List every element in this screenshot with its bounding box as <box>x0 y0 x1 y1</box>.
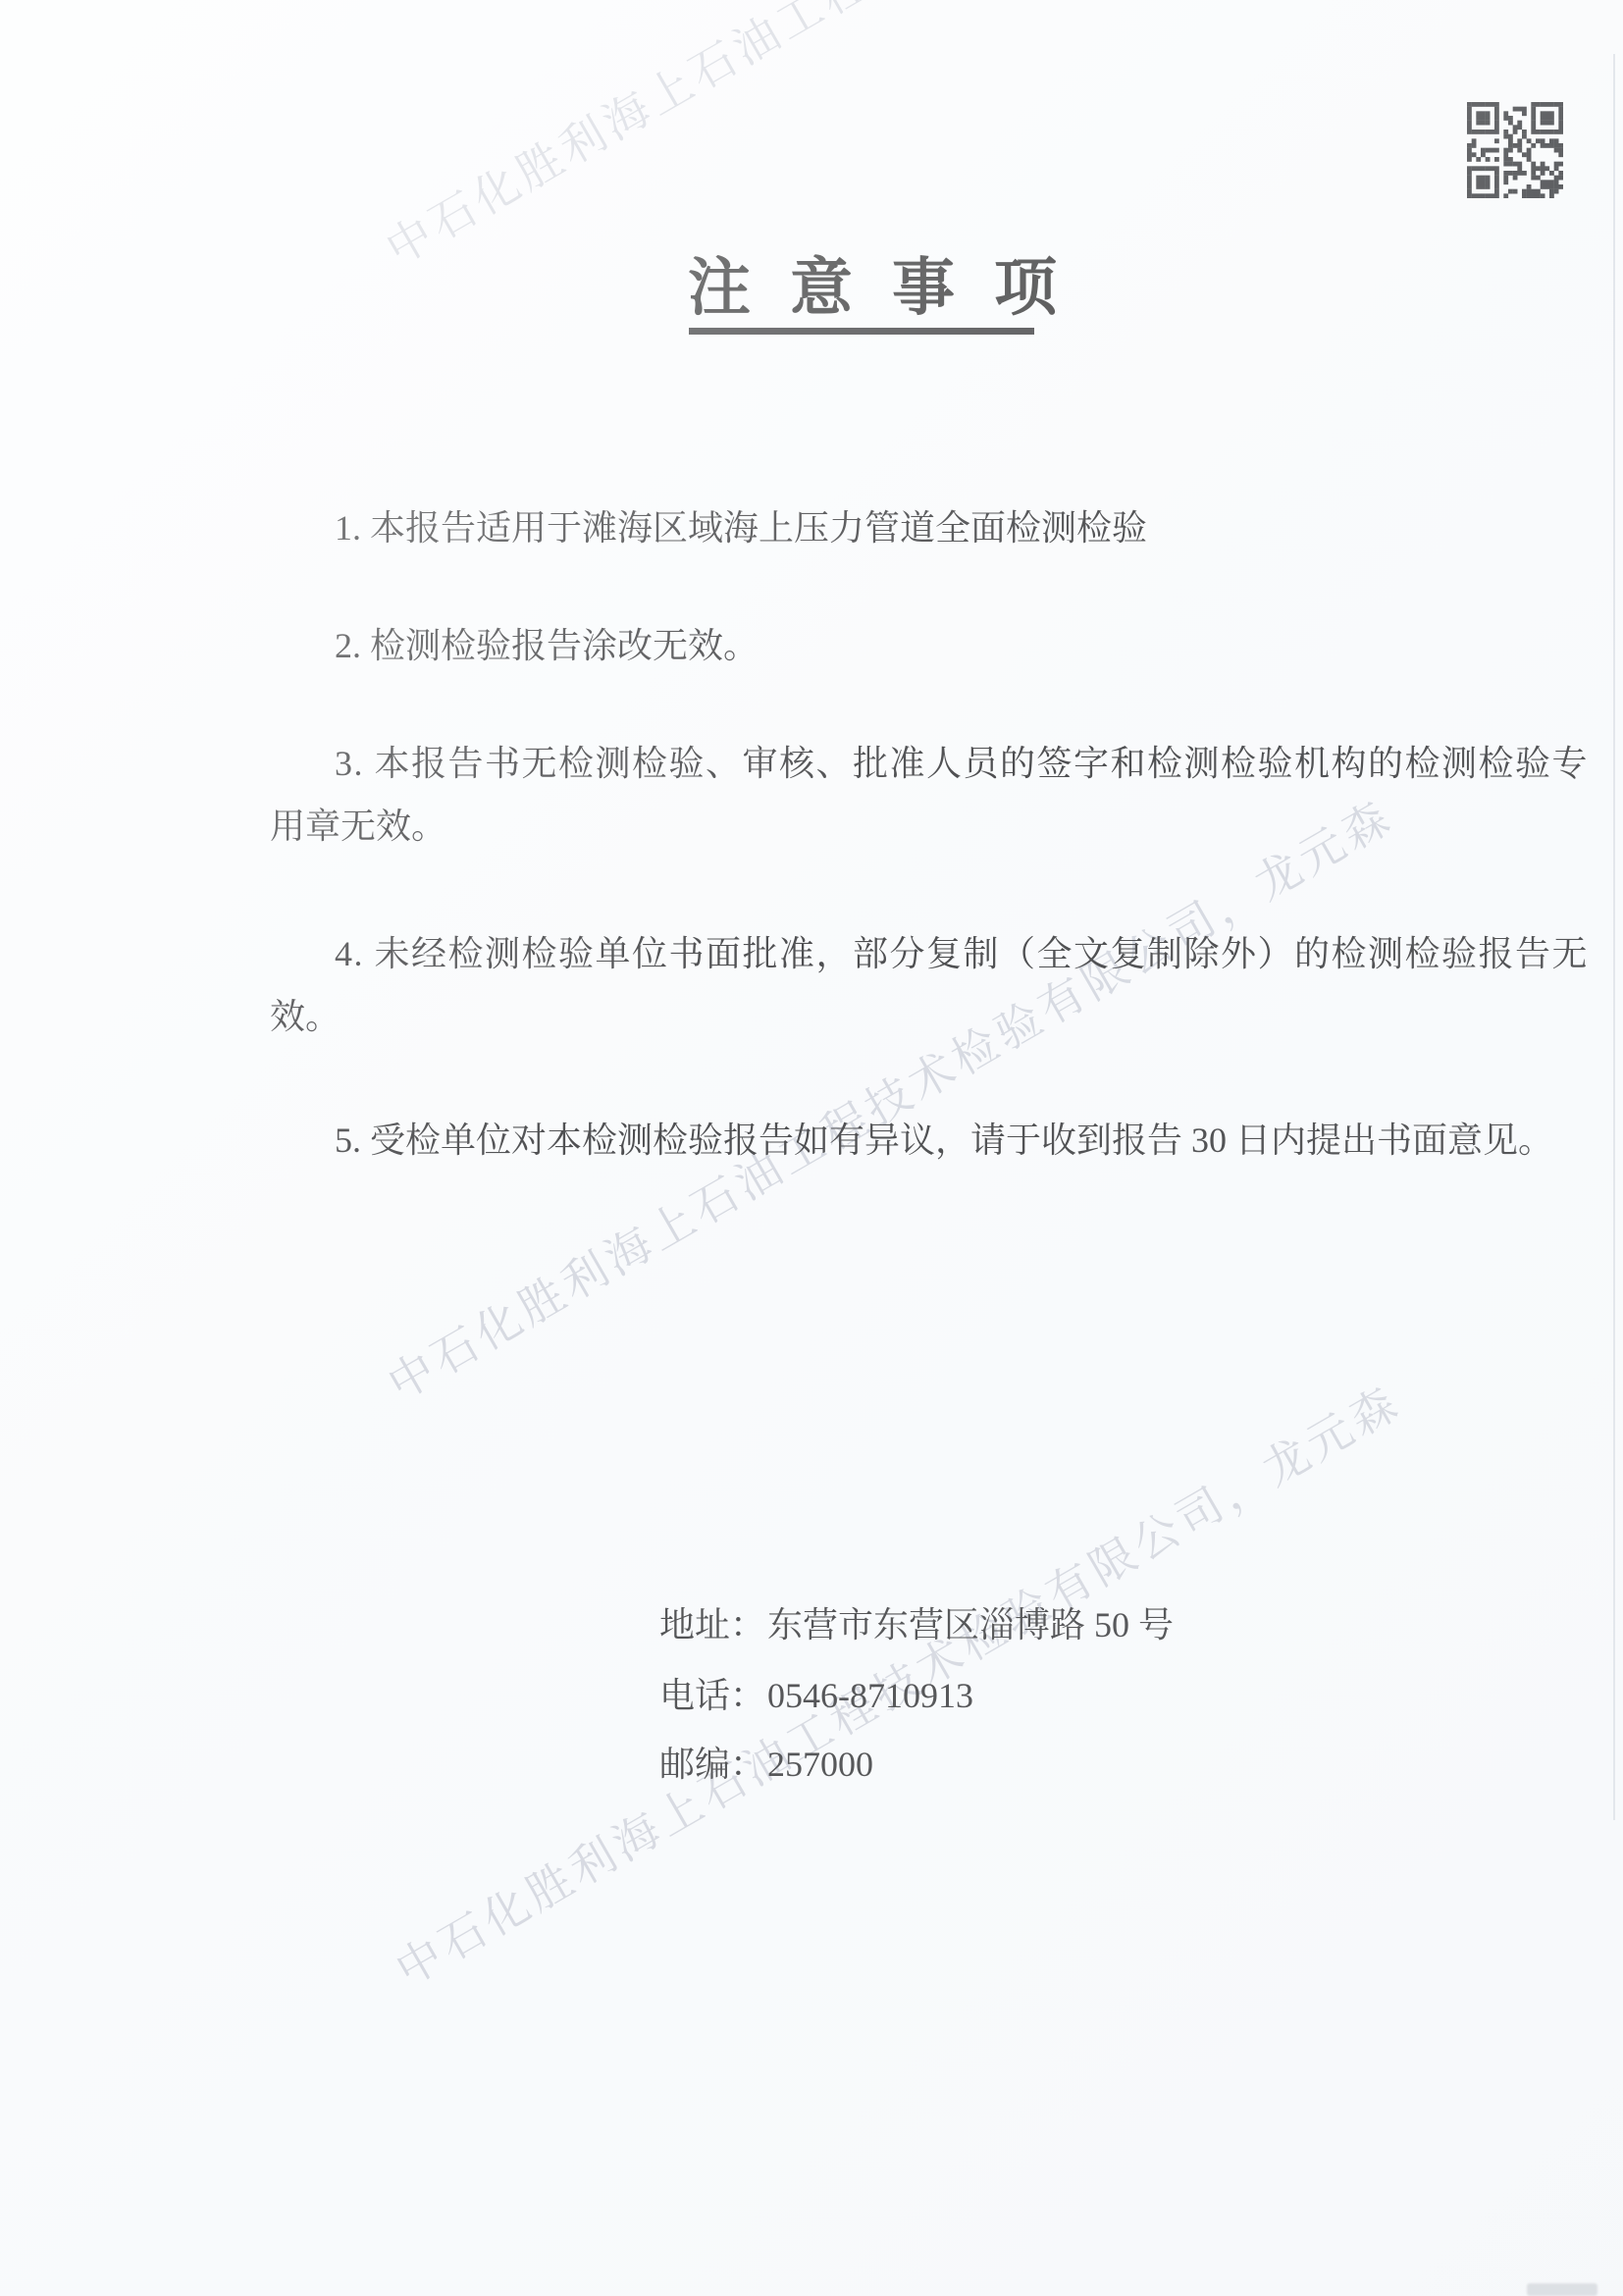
notice-item-4-line-2: 效。 <box>270 995 340 1038</box>
address-label: 地址： <box>659 1605 765 1644</box>
contact-postcode: 邮编：257000 <box>659 1743 873 1786</box>
contact-address: 地址：东营市东营区淄博路 50 号 <box>659 1603 1174 1646</box>
notice-item-3-line-1: 3. 本报告书无检测检验、审核、批准人员的签字和检测检验机构的检测检验专 <box>270 742 1589 785</box>
scan-edge-line <box>1613 54 1615 1820</box>
notice-item-1-line-1: 1. 本报告适用于滩海区域海上压力管道全面检测检验 <box>270 506 1147 549</box>
title-underline <box>689 328 1034 335</box>
postcode-value: 257000 <box>767 1745 873 1784</box>
phone-label: 电话： <box>659 1676 765 1715</box>
address-value: 东营市东营区淄博路 50 号 <box>767 1605 1174 1644</box>
watermark-middle: 中石化胜利海上石油工程技术检验有限公司，龙元森 <box>378 788 1404 1414</box>
qr-code <box>1467 102 1563 198</box>
scan-artifact-bottom-right <box>1527 2283 1597 2296</box>
postcode-label: 邮编： <box>659 1745 765 1784</box>
notice-item-2-line-1: 2. 检测检验报告涂改无效。 <box>270 624 759 667</box>
phone-value: 0546-8710913 <box>767 1676 973 1715</box>
scan-artifact-bottom <box>496 2286 1124 2296</box>
page-title: 注 意 事 项 <box>688 254 1069 323</box>
notice-item-3-line-2: 用章无效。 <box>270 805 446 848</box>
watermark-top: 中石化胜利海上石油工程技术检验有限公司，龙元森 <box>376 0 1402 279</box>
contact-phone: 电话：0546-8710913 <box>659 1674 973 1717</box>
document-page: 中石化胜利海上石油工程技术检验有限公司，龙元森 中石化胜利海上石油工程技术检验有… <box>0 0 1623 2296</box>
notice-item-4-line-1: 4. 未经检测检验单位书面批准，部分复制（全文复制除外）的检测检验报告无 <box>270 932 1589 975</box>
notice-item-5-line-1: 5. 受检单位对本检测检验报告如有异议，请于收到报告 30 日内提出书面意见。 <box>270 1119 1553 1162</box>
